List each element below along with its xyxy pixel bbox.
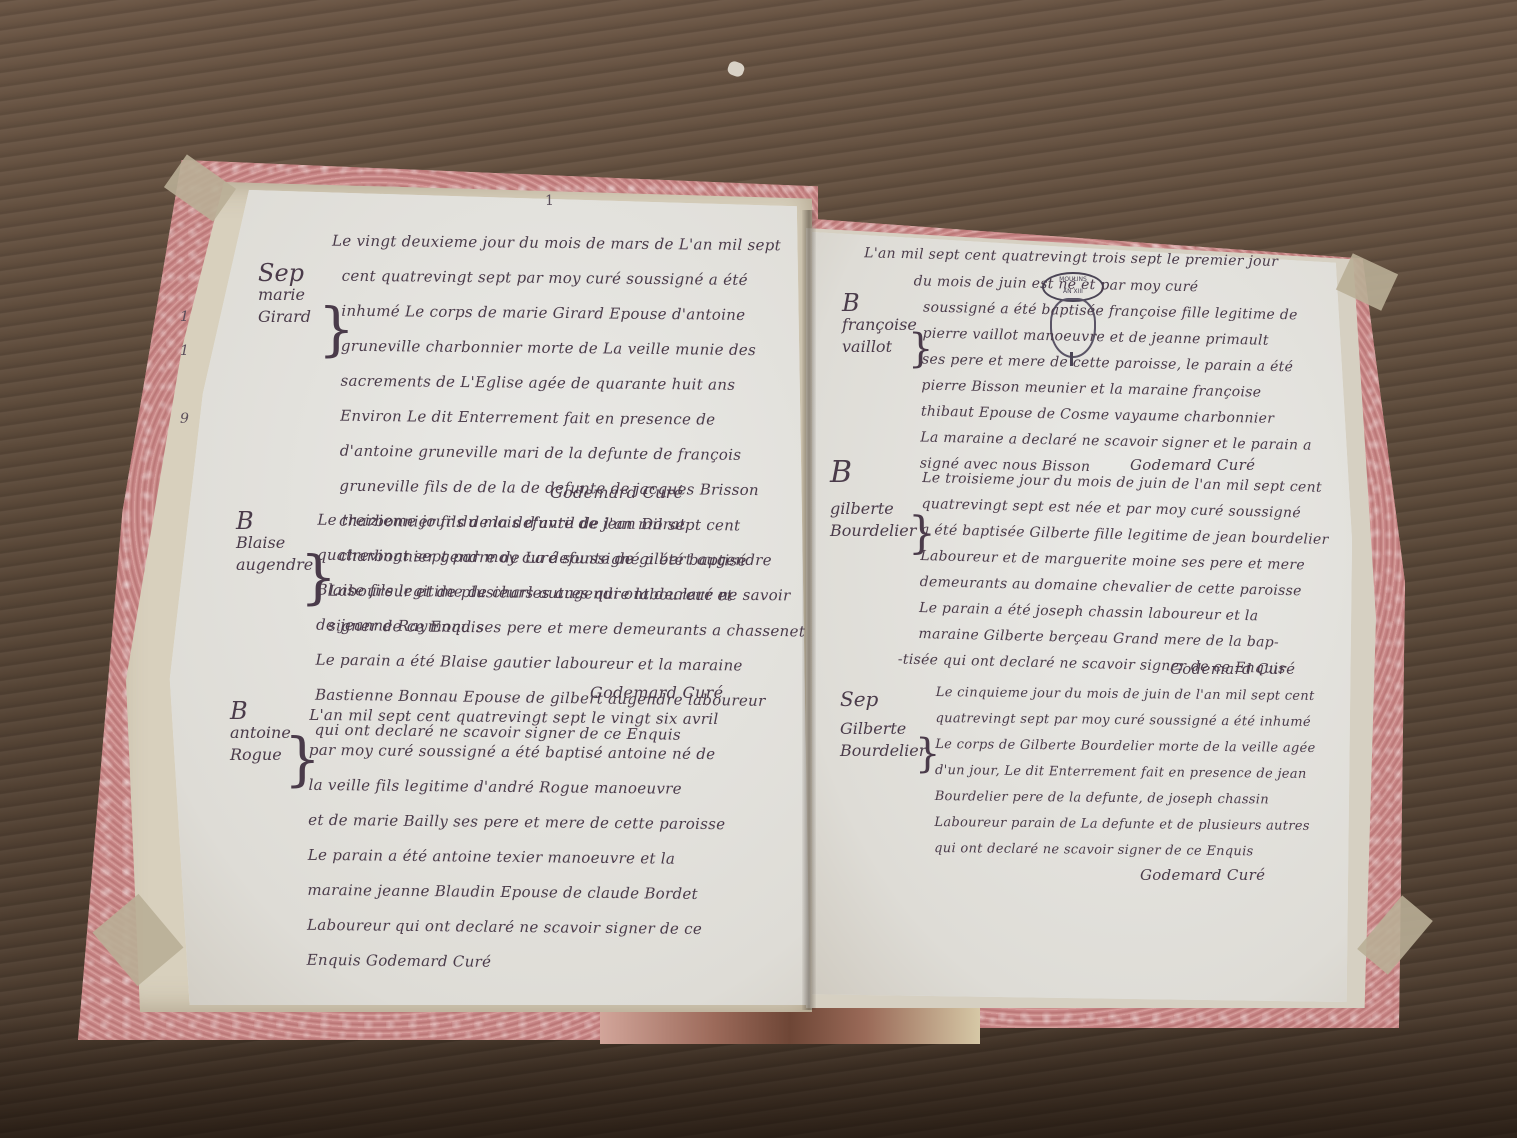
margin-note-baptism: B antoine Rogue xyxy=(230,700,291,766)
folio-number: 1 xyxy=(545,193,554,209)
entry-text: L'an mil sept cent quatrevingt sept le v… xyxy=(307,698,727,982)
priest-signature: Godemard Curé xyxy=(1140,866,1265,884)
priest-signature: Godemard Curé xyxy=(1170,660,1295,678)
edge-marks: 1 1 9 xyxy=(180,300,189,436)
margin-note-burial: Sep marie Girard xyxy=(258,262,311,328)
entry-text: L'an mil sept cent quatrevingt trois sep… xyxy=(860,239,1316,484)
entry-text: Le troisieme jour du mois de juin de l'a… xyxy=(918,465,1331,683)
priest-signature: Godemard Curé xyxy=(550,483,683,502)
margin-note-burial: Sep Gilberte Bourdelier xyxy=(840,688,926,762)
margin-note-baptism: B gilberte Bourdelier xyxy=(830,462,916,542)
priest-signature: Godemard Curé xyxy=(590,683,723,702)
entry-text: Le cinquieme jour du mois de juin de l'a… xyxy=(934,680,1316,866)
